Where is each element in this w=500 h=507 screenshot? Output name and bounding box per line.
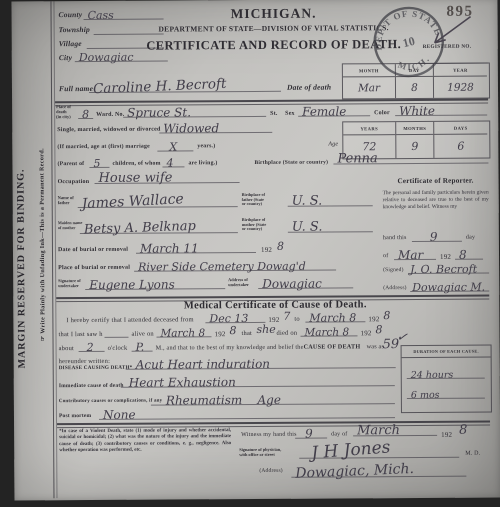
burial-date-value: March 11 (140, 241, 199, 255)
street-field: Spruce St. (123, 102, 266, 118)
reporter-of-label: of (383, 253, 388, 259)
burial-place-field: River Side Cemetery Dowag'd (134, 255, 336, 271)
father-label: Name of father (58, 195, 74, 205)
reporter-signature-field: J. O. Becroft (408, 259, 489, 274)
date-col-month: MONTH (343, 64, 395, 76)
mother-birthplace-value: U. S. (292, 220, 323, 235)
birthplace-value: Penna (337, 151, 377, 166)
color-field: White (395, 101, 487, 117)
sex-field: Female (298, 101, 370, 116)
mother-birthplace-field: U. S. (288, 217, 373, 233)
parent-label-2: children, of whom (112, 161, 160, 167)
reporter-day-field: 9 (412, 227, 462, 242)
died-year-printed: 192 (360, 329, 371, 337)
meridiem-value: P. (136, 341, 145, 354)
violent-death-footnote: *In case of a Violent Death, state (1) m… (59, 428, 231, 454)
undertaker-field: Eugene Lyons (85, 274, 225, 290)
marital-label: Single, married, widowed or divorced (57, 127, 160, 134)
age-col-years: YEARS (343, 122, 395, 134)
margin-binding-text: MARGIN RESERVED FOR BINDING. (15, 116, 35, 421)
physician-signature-field: J H Jones (299, 435, 459, 459)
disease-field: Acut Heart induration (126, 353, 396, 370)
burial-place-label: Place of burial or removal (58, 265, 130, 271)
reporter-day-label: day (466, 235, 475, 241)
undertaker-address-value: Dowagiac (262, 277, 322, 291)
reporter-address-field: Dowagiac M. (410, 277, 489, 292)
street-label: St. (270, 111, 277, 117)
reporter-year-field: 8 (455, 245, 483, 260)
about-label: about (59, 345, 74, 352)
township-label: Township (59, 25, 90, 34)
father-birthplace-field: U. S. (288, 191, 373, 207)
city-value: Dowagiac (79, 51, 134, 64)
reporter-signed-label: (Signed) (383, 267, 404, 273)
died-on-label: died on (276, 330, 297, 337)
check-mark-icon: ✓ (395, 329, 408, 346)
marital-value: Widowed (163, 121, 219, 135)
color-label: Color (374, 110, 390, 116)
date-col-year: YEAR (433, 64, 487, 76)
undertaker-label: Signature of undertaker (58, 279, 81, 289)
md-label: M. D. (465, 451, 480, 457)
last-seen-year-value: 8 (229, 324, 236, 337)
meridiem-field: P. (132, 337, 153, 352)
death-day-value: 8 (411, 81, 418, 93)
age-label: Age (328, 141, 338, 147)
duration-immediate-value: 24 hours (411, 370, 454, 381)
burial-date-label: Date of burial or removal (58, 247, 128, 253)
birthplace-label: Birthplace (State or country) (254, 160, 328, 166)
oclock-label: o'clock (108, 345, 128, 352)
reporter-hand-this-label: hand this (383, 235, 407, 241)
duration-contributory-field: 6 mos (407, 384, 485, 399)
burial-year-printed: 192 (261, 246, 272, 254)
physician-address-field: Dowagiac, Mich. (291, 458, 466, 478)
immediate-cause-value: Heart Exhaustion (129, 375, 236, 390)
children-count-field: 5 (89, 153, 109, 168)
age-col-days: DAYS (433, 122, 487, 134)
date-of-death-label: Date of death (287, 83, 331, 92)
was-as-label: was as (367, 343, 385, 350)
father-name-field: James Wallace (78, 190, 238, 208)
married-age-suffix: years.) (197, 143, 215, 149)
death-year-value: 1928 (447, 81, 474, 93)
attended-from-field: Dec 13 (205, 308, 265, 323)
last-seen-field: March 8 (156, 322, 211, 337)
pronoun-value: she (256, 323, 275, 336)
reporter-month-field: Mar (394, 245, 436, 260)
died-on-field: March 8 (300, 321, 357, 336)
duration-immediate-field: 24 hours (407, 364, 485, 379)
death-certificate-scan: MARGIN RESERVED FOR BINDING. ☞ Write Pla… (0, 0, 500, 507)
immediate-cause-field: Heart Exhaustion (121, 371, 395, 388)
postmortem-value: None (103, 408, 136, 422)
margin-write-plainly-text: ☞ Write Plainly with Unfading Ink—This i… (38, 79, 50, 409)
to-year-value: 8 (383, 309, 390, 322)
died-year-value: 8 (375, 323, 382, 336)
reporter-day-value: 9 (430, 230, 438, 244)
parent-label-1: (Parent of (57, 161, 84, 167)
belief-label: M., and that to the best of my knowledge… (156, 344, 304, 352)
sex-label: Sex (285, 111, 295, 117)
stamp-center-text: 10 (401, 34, 416, 51)
disease-value: Acut Heart induration (136, 357, 270, 372)
father-birthplace-label: Birthplace of father (State or country) (242, 193, 265, 207)
mother-name-field: Betsy A. Belknap (80, 216, 238, 234)
from-year-value: 7 (283, 310, 290, 323)
hour-field: 2 (79, 337, 105, 352)
died-on-value: March 8 (304, 326, 349, 338)
duration-box: DURATION OF EACH CAUSE. 24 hours 6 mos (401, 345, 492, 414)
undertaker-value: Eugene Lyons (89, 277, 175, 292)
occupation-value: House wife (98, 170, 172, 185)
cause-of-death-bold: CAUSE OF DEATH (304, 343, 361, 350)
birthplace-field: Penna (333, 149, 488, 165)
reporter-address-label: (Address) (383, 285, 407, 291)
occupation-label: Occupation (58, 179, 90, 185)
date-of-death-table: MONTH DAY YEAR Mar 8 1928 (342, 63, 490, 100)
physician-address-label: (Address) (259, 468, 283, 474)
reporter-address-value: Dowagiac M. (412, 281, 485, 294)
undertaker-address-field: Dowagiac (258, 273, 353, 289)
disease-label: DISEASE CAUSING DEATH* (59, 365, 133, 371)
married-age-field: X (157, 136, 193, 151)
last-seen-value: March 8 (160, 327, 205, 339)
last-seen-year-printed: 192 (214, 330, 225, 338)
reporter-heading: Certificate of Reporter. (383, 177, 489, 186)
ward-value: 8 (82, 108, 89, 121)
sex-value: Female (302, 104, 346, 118)
to-label: to (294, 316, 300, 323)
witness-year-value: 8 (459, 423, 467, 438)
date-col-day: DAY (395, 64, 433, 76)
mother-birthplace-label: Birthplace of mother (State or country) (242, 218, 267, 232)
county-field: Cass (83, 5, 163, 20)
state-title: MICHIGAN. (158, 5, 388, 22)
color-value: White (399, 104, 435, 118)
scan-tilt-wrapper: MARGIN RESERVED FOR BINDING. ☞ Write Pla… (0, 0, 500, 507)
immediate-cause-label: Immediate cause of death (59, 383, 124, 389)
last-saw-blank-field (104, 323, 128, 338)
ward-field: 8 (78, 104, 93, 119)
father-birthplace-value: U. S. (292, 194, 323, 209)
married-age-label: (If married, age at (first) marriage (57, 144, 150, 151)
attended-to-field: March 8 (305, 307, 365, 322)
reporter-body: The personal and family particulars here… (383, 190, 489, 212)
burial-year-value: 8 (277, 240, 284, 253)
witness-label: Witness my hand this (241, 432, 297, 438)
undertaker-address-label: Address of undertaker (228, 278, 249, 288)
hour-value: 2 (87, 341, 94, 354)
city-label: City (59, 53, 72, 62)
that-label: that (241, 330, 252, 337)
mother-label: Maiden name of mother (58, 221, 83, 231)
marital-field: Widowed (159, 118, 272, 134)
reporter-signature-value: J. O. Becroft (410, 263, 477, 276)
physician-signature-label: Signature of physician, with office or s… (239, 448, 281, 458)
age-col-months: MONTHS (395, 122, 433, 134)
to-year-printed: 192 (368, 315, 379, 323)
postmortem-label: Post mortem (59, 413, 91, 419)
ward-label: Ward. No. (96, 112, 124, 118)
occupation-field: House wife (94, 168, 239, 184)
burial-date-field: March 11 (136, 238, 256, 254)
death-month-value: Mar (358, 82, 380, 94)
medical-heading: Medical Certificate of Cause of Death. (100, 299, 450, 312)
parent-label-3: are living.) (188, 160, 217, 166)
full-name-field: Caroline H. Becroft (89, 73, 281, 93)
burial-place-value: River Side Cemetery Dowag'd (138, 260, 306, 274)
contributory-label: Contributory causes or complications, if… (59, 399, 162, 405)
duration-contributory-value: 6 mos (411, 390, 440, 401)
duration-header: DURATION OF EACH CAUSE. (402, 346, 491, 359)
county-label: County (59, 10, 83, 19)
living-count-field: 4 (162, 152, 184, 167)
postmortem-field: None (99, 403, 395, 420)
place-of-death-label: Place of death (in city) (56, 105, 71, 120)
